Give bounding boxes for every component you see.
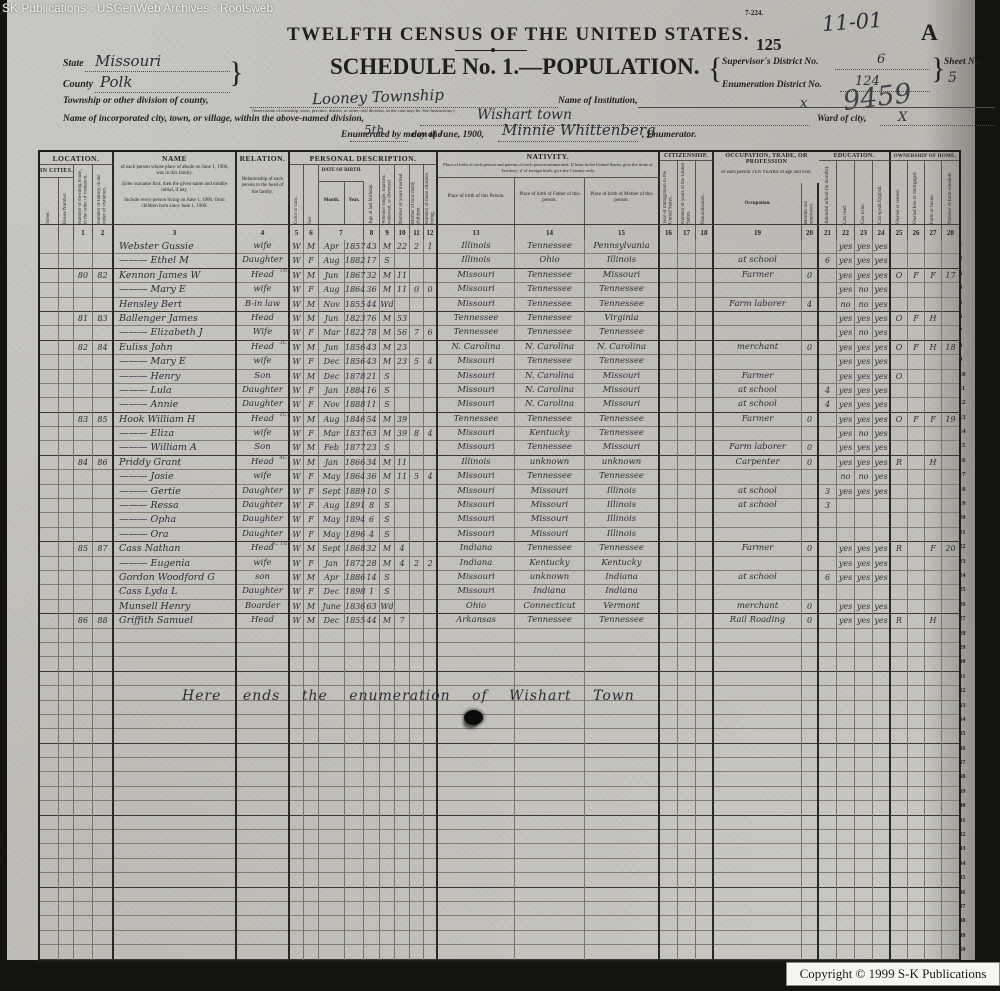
cell-o26 (908, 240, 925, 254)
table-row: ——— OphaDaughterWFMay18946SMissouriMisso… (40, 513, 959, 527)
table-row (40, 672, 959, 686)
cell-rel (237, 916, 290, 930)
cell-o26 (908, 672, 925, 686)
col-marital: Whether single, married, widowed, or div… (382, 165, 393, 224)
cell-ym (395, 298, 410, 312)
cell-age (364, 672, 380, 686)
cell-pf (515, 931, 585, 945)
cell-name (114, 816, 237, 830)
table-row: 8486Priddy GrantHead4CWMJan186634M11Illi… (40, 456, 959, 470)
cell-c16 (660, 355, 678, 369)
cell-c17 (678, 657, 696, 671)
supervisor-district-label: Supervisor's District No. (722, 57, 818, 67)
cell-c17 (678, 499, 696, 513)
cell-o25 (891, 585, 908, 599)
cell-dw (74, 643, 93, 657)
cell-name: ——— Eugenia (114, 557, 237, 571)
cell-o26 (908, 384, 925, 398)
cell-hn (59, 629, 74, 643)
cell-moc (410, 312, 424, 326)
cell-age: 1 (364, 585, 380, 599)
cell-o27 (925, 427, 942, 441)
cell-o28 (942, 873, 959, 887)
cell-occ: at school (714, 384, 802, 398)
row-number: 24 (959, 569, 977, 583)
cell-e22 (837, 499, 855, 513)
cell-moc (410, 816, 424, 830)
cell-o27 (925, 485, 942, 499)
cell-age: 6 (364, 513, 380, 527)
cell-yr: 1867 (345, 269, 364, 283)
cell-mne: 0 (802, 456, 819, 470)
cell-rel: Daughter (237, 384, 290, 398)
cell-fa (93, 686, 114, 700)
cell-hn (59, 298, 74, 312)
cell-sex: F (304, 585, 319, 599)
row-number: 34 (959, 713, 977, 727)
cell-o27 (925, 744, 942, 758)
cell-moc (410, 787, 424, 801)
cell-mar: Wd (380, 298, 395, 312)
cell-mne (802, 326, 819, 340)
cell-name: Hook William H (114, 413, 237, 427)
cell-pob (438, 729, 515, 743)
cell-col (290, 643, 304, 657)
cell-name: ——— Lula (114, 384, 237, 398)
cell-st (40, 772, 59, 786)
column-number: 2 (93, 225, 114, 241)
cell-c17 (678, 859, 696, 873)
col-month: Month. (319, 182, 345, 224)
row-number: 29 (959, 641, 977, 655)
table-row: ——— Ethel MDaughterWFAug188217SIllinoisO… (40, 254, 959, 268)
cell-hn (59, 772, 74, 786)
cell-fa (93, 931, 114, 945)
cell-c18 (696, 715, 714, 729)
cell-pf (515, 902, 585, 916)
cell-o27 (925, 686, 942, 700)
cell-o27 (925, 830, 942, 844)
cell-hn (59, 787, 74, 801)
cell-hn (59, 485, 74, 499)
table-row (40, 873, 959, 887)
cell-occ (714, 686, 802, 700)
row-number: 36 (959, 742, 977, 756)
column-number (40, 225, 59, 241)
cell-sex: M (304, 614, 319, 628)
cell-o26 (908, 701, 925, 715)
cell-fa (93, 585, 114, 599)
cell-e23 (855, 657, 873, 671)
cell-col (290, 672, 304, 686)
cell-col: W (290, 413, 304, 427)
cell-sex (304, 888, 319, 902)
cell-liv (424, 945, 438, 959)
col-attended-school: Attended school (in months). (825, 161, 831, 224)
cell-sex: F (304, 557, 319, 571)
cell-fa (93, 528, 114, 542)
cell-st (40, 254, 59, 268)
col-street: Street. (46, 178, 52, 224)
cell-ym (395, 571, 410, 585)
cell-pm (585, 657, 660, 671)
cell-c18 (696, 456, 714, 470)
cell-mne (802, 585, 819, 599)
cell-col: W (290, 269, 304, 283)
cell-o28 (942, 370, 959, 384)
cell-e22 (837, 585, 855, 599)
cell-o28 (942, 916, 959, 930)
cell-pm (585, 787, 660, 801)
cell-yr: 1878 (345, 370, 364, 384)
col-pob-father: Place of birth of Father of this person. (515, 178, 585, 224)
row-number: 44 (959, 857, 977, 871)
cell-age (364, 744, 380, 758)
row-number: 2 (959, 252, 977, 266)
cell-age: 43 (364, 240, 380, 254)
cell-sex: M (304, 571, 319, 585)
cell-mne (802, 888, 819, 902)
cell-liv (424, 341, 438, 355)
cell-c17 (678, 643, 696, 657)
cell-ym (395, 600, 410, 614)
cell-pf (515, 888, 585, 902)
cell-yr (345, 873, 364, 887)
row-number: 45 (959, 871, 977, 885)
cell-mar: M (380, 470, 395, 484)
cell-c16 (660, 240, 678, 254)
col-name-desc2: Enter surname first, then the given name… (117, 182, 232, 195)
cell-c17 (678, 931, 696, 945)
cell-pm: Illinois (585, 485, 660, 499)
cell-mne (802, 844, 819, 858)
cell-c18 (696, 355, 714, 369)
cell-c17 (678, 513, 696, 527)
cell-e23: yes (855, 312, 873, 326)
cell-o26 (908, 513, 925, 527)
cell-st (40, 312, 59, 326)
cell-e21: 6 (819, 571, 837, 585)
cell-occ (714, 470, 802, 484)
cell-o28 (942, 513, 959, 527)
cell-o28 (942, 240, 959, 254)
cell-c16 (660, 413, 678, 427)
cell-pm: Missouri (585, 370, 660, 384)
cell-dw (74, 916, 93, 930)
cell-dw (74, 672, 93, 686)
cell-o26 (908, 456, 925, 470)
table-row (40, 916, 959, 930)
cell-o25 (891, 571, 908, 585)
cell-e24: yes (873, 398, 891, 412)
cell-pf (515, 873, 585, 887)
row-number: 12 (959, 396, 977, 410)
cell-c17 (678, 341, 696, 355)
cell-yr (345, 916, 364, 930)
cell-pf (515, 945, 585, 959)
cell-e21 (819, 816, 837, 830)
cell-pm: Tennessee (585, 298, 660, 312)
cell-c17 (678, 269, 696, 283)
cell-occ (714, 888, 802, 902)
cell-name (114, 729, 237, 743)
cell-name: ——— Opha (114, 513, 237, 527)
cell-pf (515, 844, 585, 858)
cell-pf: unknown (515, 571, 585, 585)
cell-yr (345, 772, 364, 786)
cell-fa (93, 902, 114, 916)
cell-e23: no (855, 427, 873, 441)
cell-hn (59, 902, 74, 916)
cell-e24: yes (873, 485, 891, 499)
cell-mne: 0 (802, 542, 819, 556)
cell-pm: Illinois (585, 254, 660, 268)
cell-pf: Kentucky (515, 427, 585, 441)
cell-e22: yes (837, 398, 855, 412)
column-number: 14 (515, 225, 585, 241)
cell-age (364, 873, 380, 887)
cell-e24 (873, 585, 891, 599)
cell-c16 (660, 643, 678, 657)
cell-e24 (873, 758, 891, 772)
cell-mo (319, 672, 345, 686)
cell-ym (395, 254, 410, 268)
cell-o28 (942, 744, 959, 758)
cell-mar: S (380, 585, 395, 599)
table-row: ——— JosiewifeWFMay186436M1154MissouriTen… (40, 470, 959, 484)
cell-col: W (290, 341, 304, 355)
cell-sex (304, 715, 319, 729)
cell-mo: Nov (319, 398, 345, 412)
cell-e21 (819, 672, 837, 686)
cell-pob (438, 629, 515, 643)
cell-rel: Head1C (237, 413, 290, 427)
cell-c18 (696, 269, 714, 283)
cell-yr: 1896 (345, 528, 364, 542)
cell-e22: yes (837, 571, 855, 585)
cell-pob (438, 916, 515, 930)
cell-col (290, 873, 304, 887)
row-number: 25 (959, 583, 977, 597)
cell-o27: F (925, 413, 942, 427)
cell-occ (714, 772, 802, 786)
cell-o26 (908, 931, 925, 945)
cell-liv (424, 485, 438, 499)
cell-c18 (696, 571, 714, 585)
cell-age (364, 643, 380, 657)
cell-o26 (908, 326, 925, 340)
cell-rel (237, 816, 290, 830)
cell-st (40, 413, 59, 427)
column-number: 19 (714, 225, 802, 241)
table-row (40, 816, 959, 830)
cell-c16 (660, 830, 678, 844)
cell-age: 78 (364, 326, 380, 340)
cell-mo: Apr (319, 240, 345, 254)
cell-pm (585, 772, 660, 786)
cell-c16 (660, 772, 678, 786)
cell-mne (802, 859, 819, 873)
cell-o27 (925, 643, 942, 657)
cell-st (40, 470, 59, 484)
col-pob-mother: Place of birth of Mother of this person. (585, 178, 660, 224)
cell-o28 (942, 629, 959, 643)
cell-age: 63 (364, 427, 380, 441)
cell-hn (59, 413, 74, 427)
cell-col (290, 916, 304, 930)
cell-c17 (678, 441, 696, 455)
cell-sex (304, 772, 319, 786)
cell-ym: 39 (395, 427, 410, 441)
cell-liv (424, 600, 438, 614)
cell-hn (59, 240, 74, 254)
cell-pob (438, 873, 515, 887)
cell-e21 (819, 341, 837, 355)
cell-e24: yes (873, 254, 891, 268)
cell-st (40, 355, 59, 369)
cell-o28 (942, 427, 959, 441)
cell-hn (59, 513, 74, 527)
cell-st (40, 629, 59, 643)
cell-dw (74, 758, 93, 772)
cell-o25 (891, 528, 908, 542)
cell-mo: Jun (319, 341, 345, 355)
cell-occ (714, 801, 802, 815)
cell-age: 44 (364, 298, 380, 312)
cell-st (40, 398, 59, 412)
cell-o28 (942, 772, 959, 786)
cell-e24 (873, 830, 891, 844)
cell-o28: 20 (942, 542, 959, 556)
table-row: ——— HenrySonWMDec187821SMissouriN. Carol… (40, 370, 959, 384)
cell-pob (438, 787, 515, 801)
cell-c16 (660, 657, 678, 671)
cell-mne (802, 772, 819, 786)
scan-edge-left (0, 0, 7, 960)
cell-mo: Sept (319, 485, 345, 499)
cell-occ (714, 844, 802, 858)
cell-e24 (873, 888, 891, 902)
col-relation-desc: Relationship of each person to the head … (241, 177, 284, 196)
cell-o27 (925, 715, 942, 729)
cell-st (40, 873, 59, 887)
cell-rel (237, 744, 290, 758)
cell-pob: Missouri (438, 384, 515, 398)
cell-yr: 1886 (345, 571, 364, 585)
cell-hn (59, 441, 74, 455)
cell-c18 (696, 614, 714, 628)
cell-o26 (908, 557, 925, 571)
cell-yr: 1894 (345, 513, 364, 527)
cell-o26 (908, 729, 925, 743)
cell-c16 (660, 326, 678, 340)
cell-col (290, 657, 304, 671)
cell-o25 (891, 470, 908, 484)
cell-dw (74, 240, 93, 254)
cell-e21: 4 (819, 384, 837, 398)
cell-e22: yes (837, 413, 855, 427)
cell-occ (714, 873, 802, 887)
cell-name: ——— Ethel M (114, 254, 237, 268)
cell-o28 (942, 729, 959, 743)
cell-pm (585, 931, 660, 945)
cell-c16 (660, 470, 678, 484)
row-number: 16 (959, 454, 977, 468)
cell-mo (319, 844, 345, 858)
column-number: 18 (696, 225, 714, 241)
cell-hn (59, 355, 74, 369)
cell-c16 (660, 600, 678, 614)
cell-rel (237, 629, 290, 643)
row-number: 14 (959, 425, 977, 439)
cell-dw (74, 830, 93, 844)
row-number: 49 (959, 929, 977, 943)
cell-e24: yes (873, 355, 891, 369)
cell-liv (424, 931, 438, 945)
cell-rel: Daughter (237, 513, 290, 527)
cell-moc (410, 801, 424, 815)
cell-o27 (925, 298, 942, 312)
cell-o28 (942, 672, 959, 686)
cell-c16 (660, 715, 678, 729)
cell-c18 (696, 686, 714, 700)
cell-o27 (925, 398, 942, 412)
cell-o25 (891, 830, 908, 844)
cell-name: Cass Lyda L (114, 585, 237, 599)
cell-o27 (925, 701, 942, 715)
cell-dw: 83 (74, 413, 93, 427)
cell-o26 (908, 542, 925, 556)
cell-mne (802, 945, 819, 959)
cell-liv (424, 888, 438, 902)
cell-o25 (891, 298, 908, 312)
cell-fa (93, 701, 114, 715)
cell-e21 (819, 326, 837, 340)
cell-c17 (678, 744, 696, 758)
cell-sex (304, 945, 319, 959)
row-number: 18 (959, 483, 977, 497)
cell-hn (59, 701, 74, 715)
cell-o27 (925, 326, 942, 340)
cell-name (114, 629, 237, 643)
cell-ym (395, 657, 410, 671)
cell-e23: yes (855, 557, 873, 571)
cell-pob: Missouri (438, 528, 515, 542)
cell-mo (319, 931, 345, 945)
cell-pob: Missouri (438, 571, 515, 585)
cell-e24 (873, 902, 891, 916)
cell-st (40, 571, 59, 585)
cell-dw (74, 772, 93, 786)
cell-occ (714, 830, 802, 844)
cell-c17 (678, 298, 696, 312)
cell-mo: Jan (319, 557, 345, 571)
cell-mne (802, 629, 819, 643)
cell-e21 (819, 441, 837, 455)
cell-name: Griffith Samuel (114, 614, 237, 628)
cell-dw (74, 931, 93, 945)
cell-sex: M (304, 456, 319, 470)
table-row: ——— Elizabeth JWifeWFMar182278M5676Tenne… (40, 326, 959, 340)
cell-col: W (290, 384, 304, 398)
cell-c17 (678, 254, 696, 268)
row-number: 35 (959, 727, 977, 741)
cell-yr: 1857 (345, 240, 364, 254)
column-number: 25 (891, 225, 908, 241)
cell-hn (59, 657, 74, 671)
cell-ym (395, 672, 410, 686)
cell-moc (410, 485, 424, 499)
